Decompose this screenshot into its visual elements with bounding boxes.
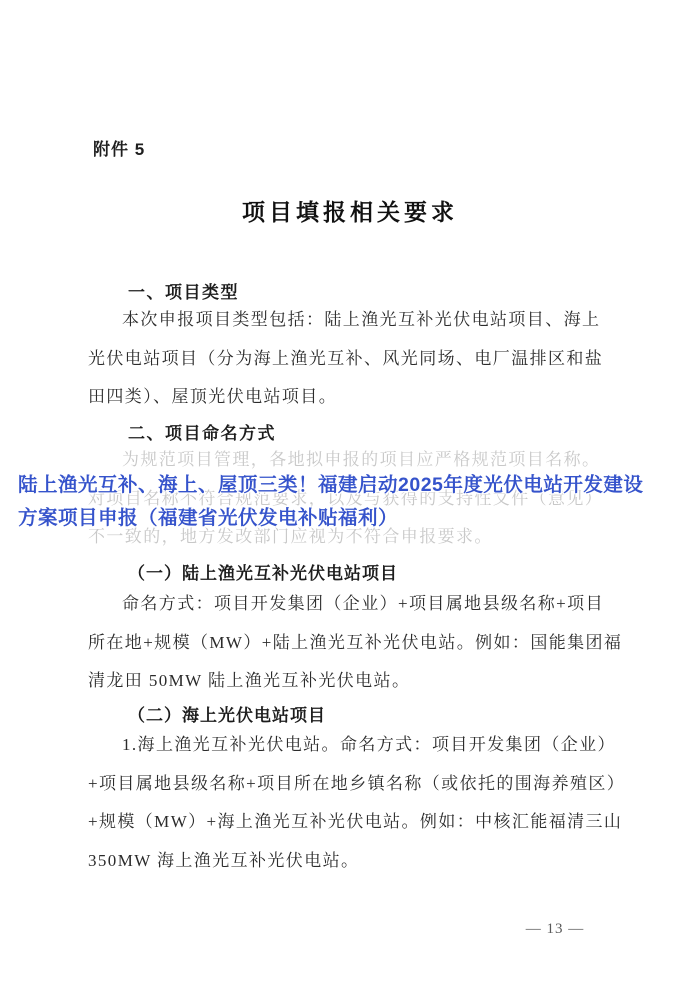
page-number: — 13 — — [500, 921, 610, 938]
page-title: 项目填报相关要求 — [0, 194, 700, 227]
paragraph-line: 所在地+规模（MW）+陆上渔光互补光伏电站。例如：国能集团福 — [88, 624, 628, 663]
overlay-caption-line: 方案项目申报（福建省光伏发电补贴福利） — [18, 502, 690, 535]
subsection-heading-offshore: （二）海上光伏电站项目 — [128, 701, 326, 726]
paragraph-line: 清龙田 50MW 陆上渔光互补光伏电站。 — [88, 662, 628, 701]
paragraph-line: 350MW 海上渔光互补光伏电站。 — [88, 842, 628, 881]
subsection-heading-onshore: （一）陆上渔光互补光伏电站项目 — [128, 559, 398, 584]
overlay-caption: 陆上渔光互补、海上、屋顶三类！福建启动2025年度光伏电站开发建设 方案项目申报… — [18, 469, 690, 534]
overlay-caption-line: 陆上渔光互补、海上、屋顶三类！福建启动2025年度光伏电站开发建设 — [18, 469, 690, 502]
paragraph-line: +项目属地县级名称+项目所在地乡镇名称（或依托的围海养殖区） — [88, 765, 628, 804]
section-heading-project-type: 一、项目类型 — [128, 278, 239, 303]
paragraph-line: 本次申报项目类型包括：陆上渔光互补光伏电站项目、海上 — [88, 301, 628, 340]
paragraph-project-types: 本次申报项目类型包括：陆上渔光互补光伏电站项目、海上 光伏电站项目（分为海上渔光… — [88, 301, 628, 417]
paragraph-line: 光伏电站项目（分为海上渔光互补、风光同场、电厂温排区和盐 — [88, 340, 628, 379]
paragraph-line: 田四类）、屋顶光伏电站项目。 — [88, 378, 628, 417]
paragraph-line: 1.海上渔光互补光伏电站。命名方式：项目开发集团（企业） — [88, 726, 628, 765]
paragraph-offshore-naming: 1.海上渔光互补光伏电站。命名方式：项目开发集团（企业） +项目属地县级名称+项… — [88, 726, 628, 880]
paragraph-line: 命名方式：项目开发集团（企业）+项目属地县级名称+项目 — [88, 585, 628, 624]
paragraph-line: +规模（MW）+海上渔光互补光伏电站。例如：中核汇能福清三山 — [88, 803, 628, 842]
attachment-label: 附件 5 — [93, 135, 145, 160]
document-page: 附件 5 项目填报相关要求 一、项目类型 本次申报项目类型包括：陆上渔光互补光伏… — [0, 0, 700, 990]
paragraph-onshore-naming: 命名方式：项目开发集团（企业）+项目属地县级名称+项目 所在地+规模（MW）+陆… — [88, 585, 628, 701]
